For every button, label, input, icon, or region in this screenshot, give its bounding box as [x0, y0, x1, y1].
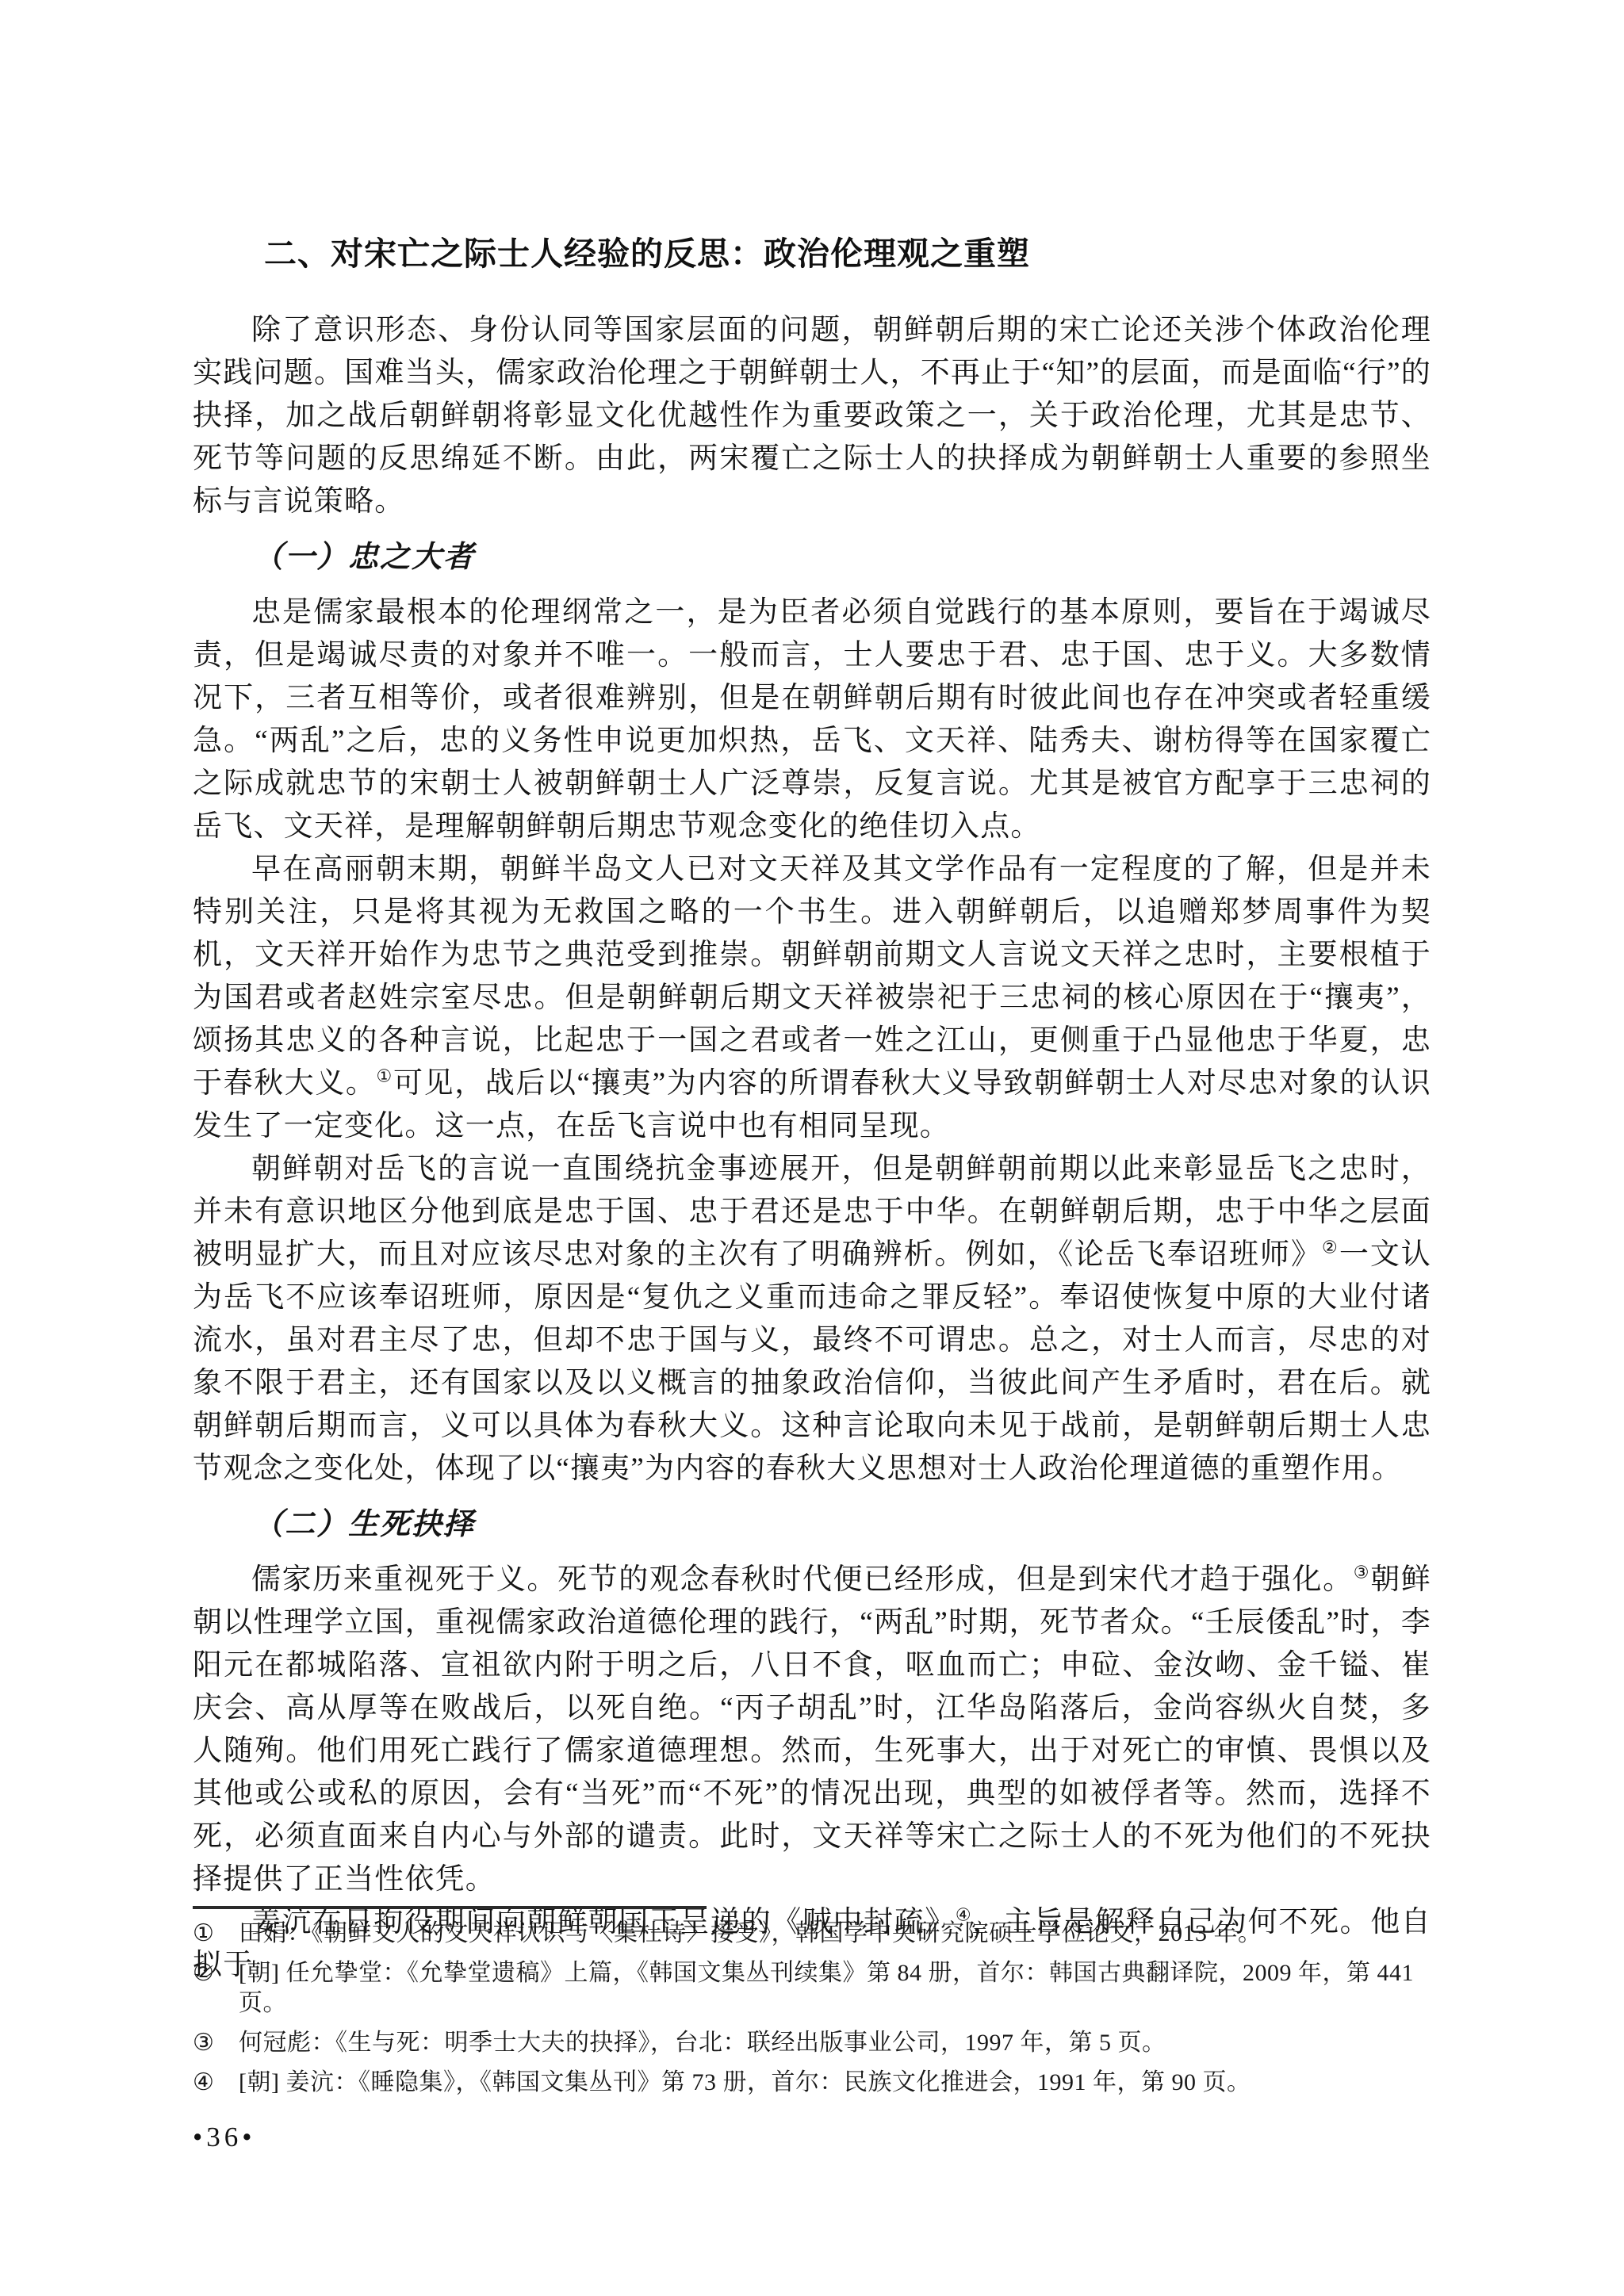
- footnote-item: ④ [朝] 姜沆：《睡隐集》，《韩国文集丛刊》第 73 册，首尔：民族文化推进会…: [193, 2068, 1431, 2098]
- body-paragraph-2: 忠是儒家最根本的伦理纲常之一，是为臣者必须自觉践行的基本原则，要旨在于竭诚尽责，…: [193, 591, 1431, 848]
- subsection-heading-1: （一）忠之大者: [193, 536, 1431, 579]
- footnote-divider: [193, 1906, 707, 1909]
- section-heading: 二、对宋亡之际士人经验的反思：政治伦理观之重塑: [193, 232, 1431, 276]
- footnote-ref: ③: [1354, 1563, 1371, 1582]
- body-paragraph-3: 早在高丽朝末期，朝鲜半岛文人已对文天祥及其文学作品有一定程度的了解，但是并未特别…: [193, 848, 1431, 1148]
- body-paragraph-4: 朝鲜朝对岳飞的言说一直围绕抗金事迹展开，但是朝鲜朝前期以此来彰显岳飞之忠时，并未…: [193, 1148, 1431, 1490]
- footnote-text: 何冠彪：《生与死：明季士大夫的抉择》，台北：联经出版事业公司，1997 年，第 …: [239, 2028, 1431, 2058]
- footnote-item: ① 田娟：《朝鲜文人的文天祥认识与〈集杜诗〉接受》，韩国学中央研究院硕士学位论文…: [193, 1919, 1431, 1949]
- page-number: •36•: [193, 2122, 256, 2153]
- footnote-text: 田娟：《朝鲜文人的文天祥认识与〈集杜诗〉接受》，韩国学中央研究院硕士学位论文，2…: [239, 1919, 1431, 1949]
- footnote-marker: ①: [193, 1919, 239, 1949]
- footnote-ref: ①: [377, 1066, 393, 1086]
- body-paragraph-1: 除了意识形态、身份认同等国家层面的问题，朝鲜朝后期的宋亡论还关涉个体政治伦理实践…: [193, 309, 1431, 523]
- footnote-marker: ②: [193, 1958, 239, 2019]
- content-column: 二、对宋亡之际士人经验的反思：政治伦理观之重塑 除了意识形态、身份认同等国家层面…: [193, 0, 1431, 1987]
- footnote-text: [朝] 姜沆：《睡隐集》，《韩国文集丛刊》第 73 册，首尔：民族文化推进会，1…: [239, 2068, 1431, 2098]
- footnote-marker: ③: [193, 2028, 239, 2058]
- document-page: 二、对宋亡之际士人经验的反思：政治伦理观之重塑 除了意识形态、身份认同等国家层面…: [0, 0, 1624, 2296]
- footnote-text: [朝] 任允挚堂：《允挚堂遗稿》上篇，《韩国文集丛刊续集》第 84 册，首尔：韩…: [239, 1958, 1431, 2019]
- footnote-block: ① 田娟：《朝鲜文人的文天祥认识与〈集杜诗〉接受》，韩国学中央研究院硕士学位论文…: [193, 1906, 1431, 2098]
- body-paragraph-5: 儒家历来重视死于义。死节的观念春秋时代便已经形成，但是到宋代才趋于强化。③朝鲜朝…: [193, 1559, 1431, 1901]
- footnote-marker: ④: [193, 2068, 239, 2098]
- subsection-heading-2: （二）生死抉择: [193, 1503, 1431, 1546]
- footnote-ref: ②: [1322, 1238, 1339, 1257]
- footnote-item: ③ 何冠彪：《生与死：明季士大夫的抉择》，台北：联经出版事业公司，1997 年，…: [193, 2028, 1431, 2058]
- footnote-item: ② [朝] 任允挚堂：《允挚堂遗稿》上篇，《韩国文集丛刊续集》第 84 册，首尔…: [193, 1958, 1431, 2019]
